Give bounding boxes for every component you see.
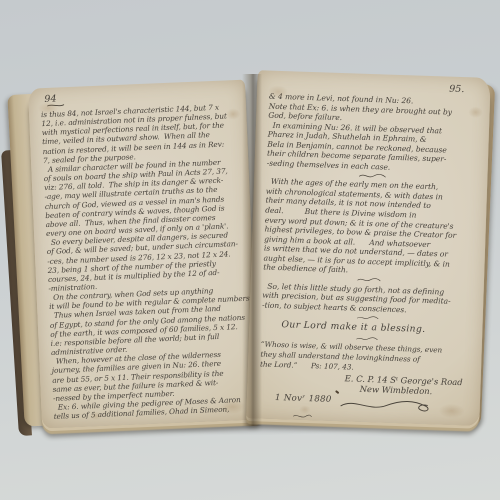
left-page: 94 is thus 84, not Israel's characterist…: [28, 80, 259, 429]
right-page: 95. & 4 more in Levi, not found in Nu: 2…: [246, 70, 490, 426]
flourish-icon: [338, 396, 434, 415]
scripture-quote: “Whoso is wise, & will observe these thi…: [260, 340, 472, 376]
flourish-icon: [357, 171, 387, 180]
right-page-paragraph-2: With the ages of the early men on the ea…: [263, 177, 477, 279]
date-block: 1 Novʳ 1880: [274, 393, 332, 424]
photo-background: 94 is thus 84, not Israel's characterist…: [0, 0, 500, 500]
date-text: 1 Novʳ 1880: [275, 393, 332, 405]
scripture-quote-text: “Whoso is wise, & will observe these thi…: [260, 340, 472, 376]
flourish-icon: [293, 414, 313, 420]
page-number-left-value: 94: [44, 94, 57, 105]
left-page-text: is thus 84, not Israel's characteristic …: [41, 102, 255, 421]
flourish-icon: [354, 335, 378, 344]
flourish-icon: [355, 276, 381, 285]
right-page-paragraph-1: & 4 more in Levi, not found in Nu: 26.No…: [267, 92, 480, 175]
flourish-icon: [355, 314, 379, 323]
